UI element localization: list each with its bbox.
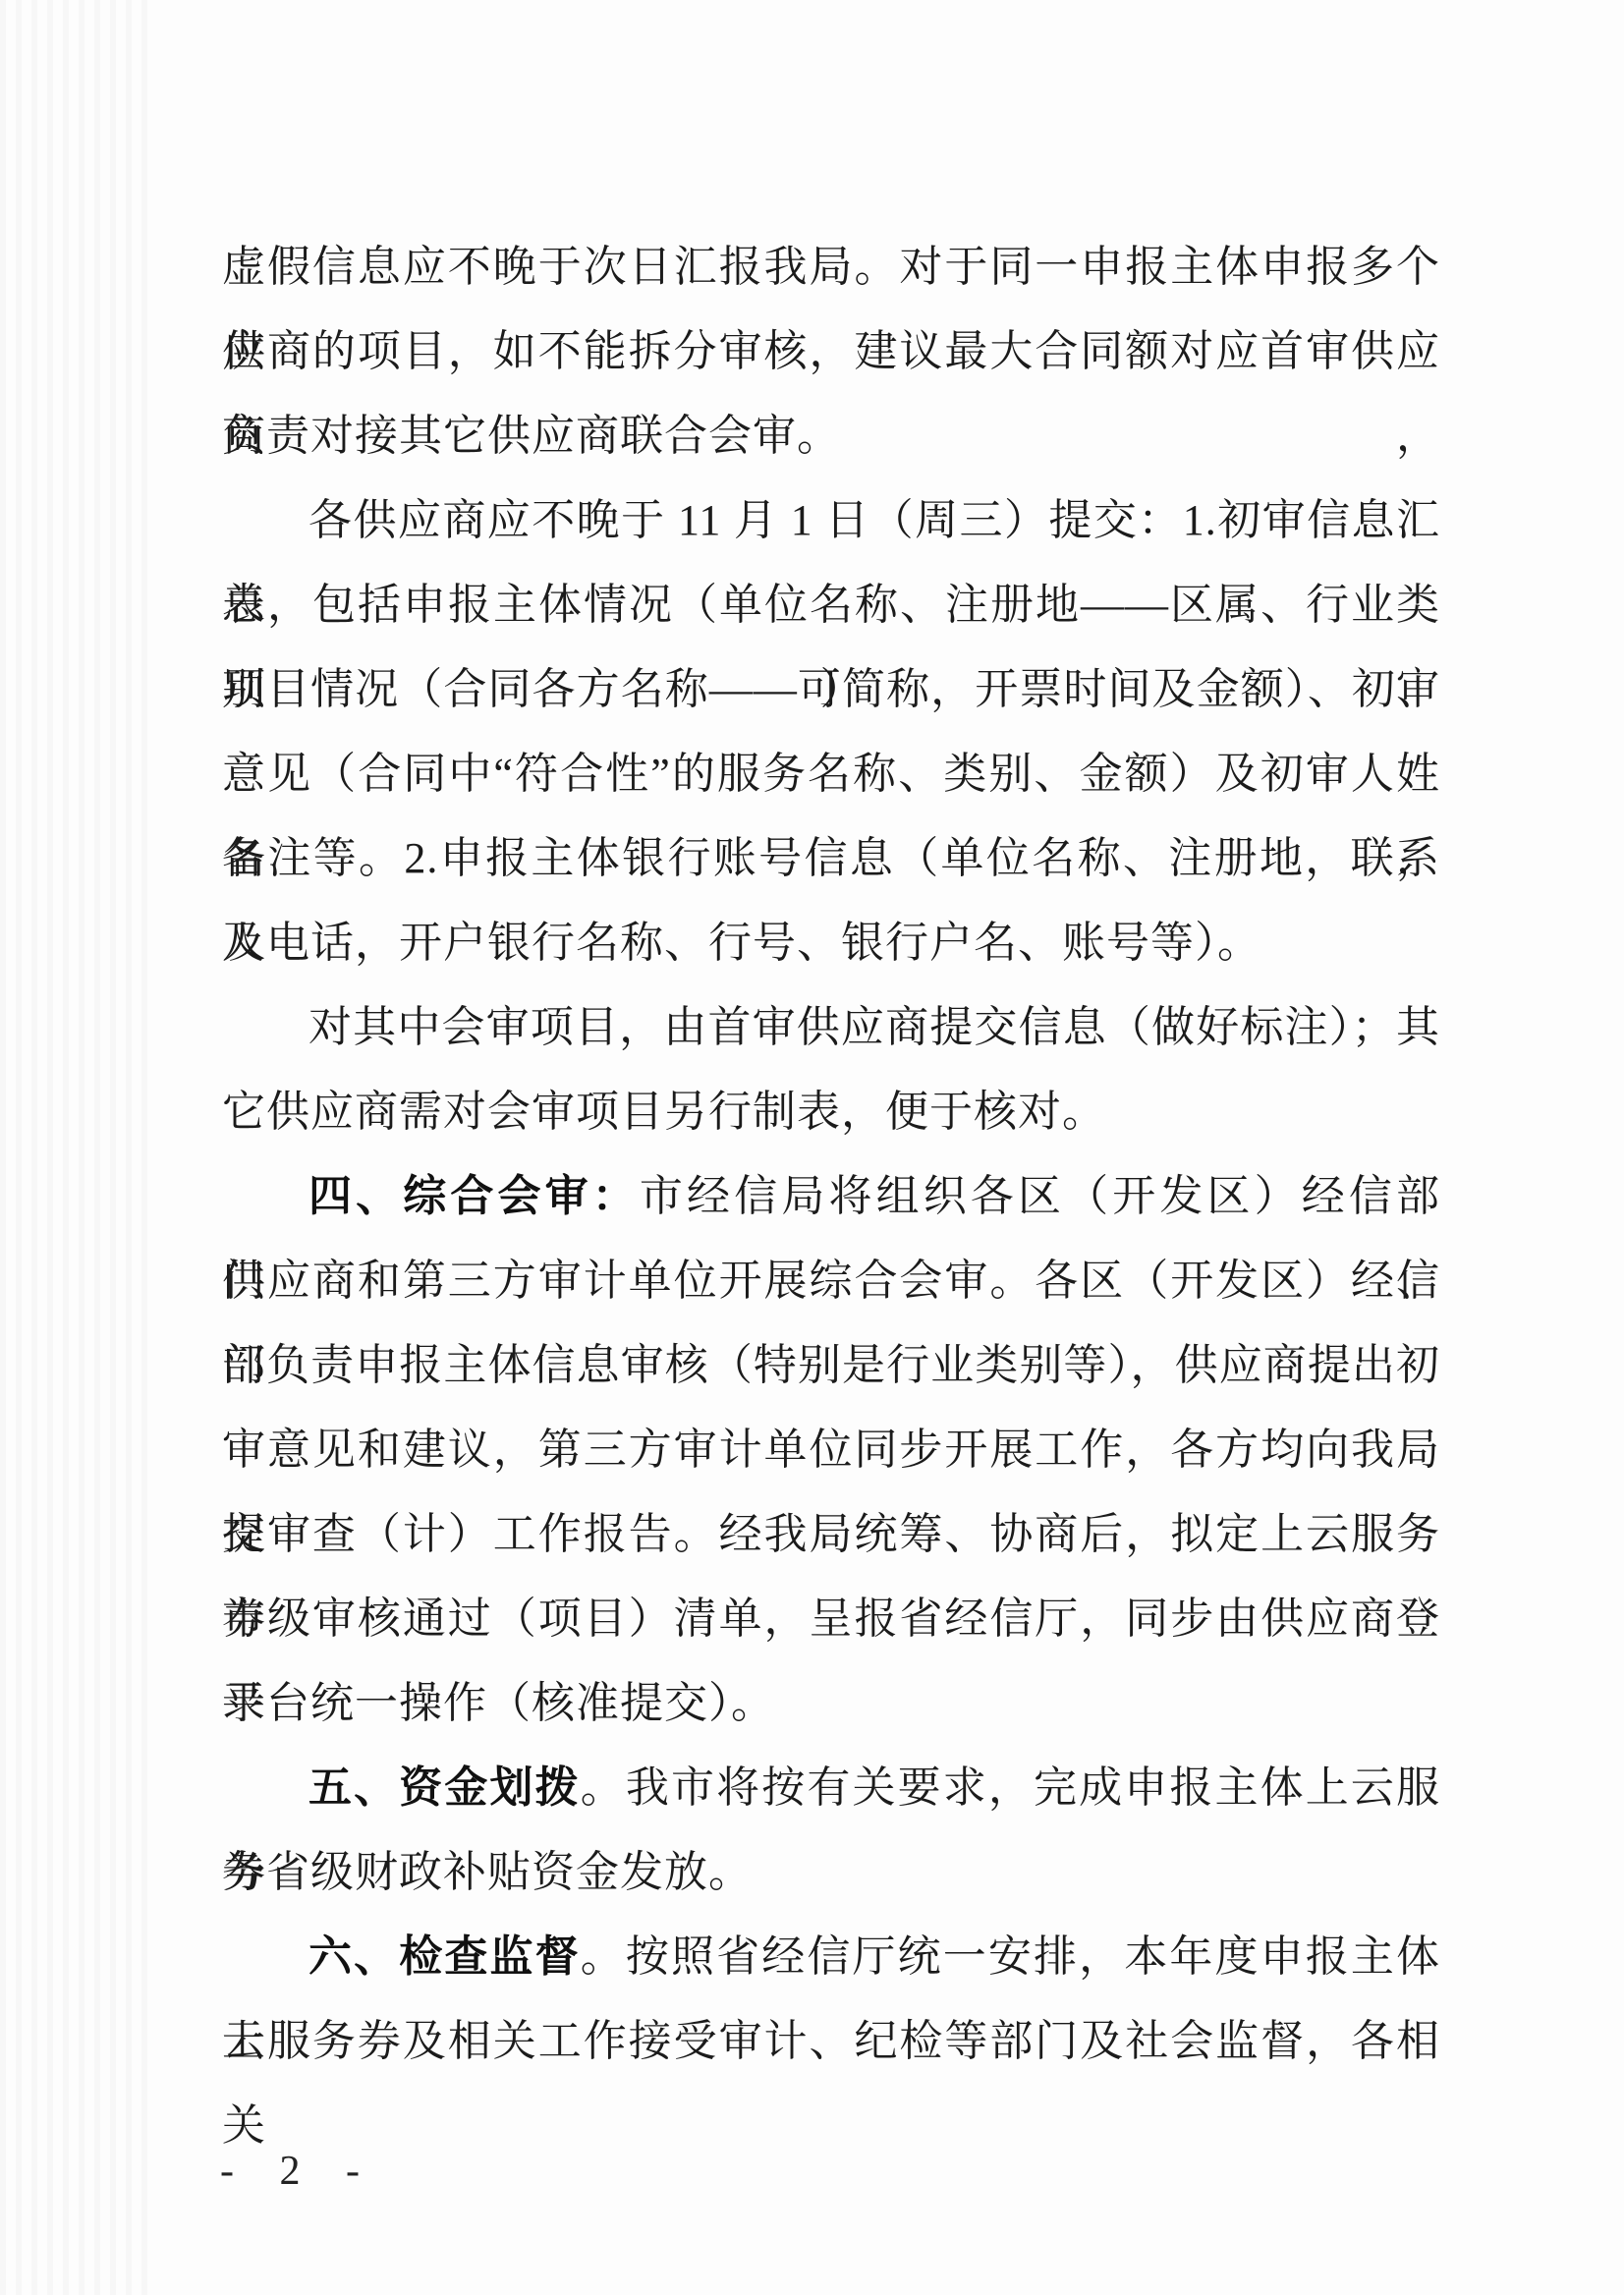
section-heading-5: 五、资金划拨: [308, 1763, 581, 1812]
text-line: 虚假信息应不晚于次日汇报我局。对于同一申报主体申报多个供: [222, 225, 1440, 309]
text-line: 平台统一操作（核准提交）。: [222, 1661, 1440, 1746]
text-line: 券省级财政补贴资金发放。: [222, 1830, 1440, 1915]
text-line: 各供应商应不晚于 11 月 1 日（周三）提交：1.初审信息汇总: [222, 478, 1440, 563]
text-line: 应商的项目，如不能拆分审核，建议最大合同额对应首审供应商，: [222, 309, 1440, 394]
text-line: 云服务券及相关工作接受审计、纪检等部门及社会监督，各相关: [222, 1999, 1440, 2084]
text-line: 市级审核通过（项目）清单，呈报省经信厅，同步由供应商登录: [222, 1577, 1440, 1661]
text-line: 备注等。2.申报主体银行账号信息（单位名称、注册地，联系人: [222, 816, 1440, 901]
document-body: 虚假信息应不晚于次日汇报我局。对于同一申报主体申报多个供 应商的项目，如不能拆分…: [222, 225, 1440, 2084]
text-line: 对其中会审项目，由首审供应商提交信息（做好标注）；其: [222, 985, 1440, 1070]
text-line: 供应商和第三方审计单位开展综合会审。各区（开发区）经信部: [222, 1239, 1440, 1323]
page-number: - 2 -: [220, 2148, 377, 2195]
text-line: 交审查（计）工作报告。经我局统筹、协商后，拟定上云服务券: [222, 1492, 1440, 1577]
text-line: 它供应商需对会审项目另行制表，便于核对。: [222, 1070, 1440, 1154]
text-line: 表，包括申报主体情况（单位名称、注册地——区属、行业类别）、: [222, 563, 1440, 647]
text-line: 项目情况（合同各方名称——可简称，开票时间及金额）、初审: [222, 647, 1440, 732]
text-line: 及电话，开户银行名称、行号、银行户名、账号等）。: [222, 901, 1440, 985]
section-heading-6: 六、检查监督: [308, 1932, 581, 1981]
scanned-document-page: 虚假信息应不晚于次日汇报我局。对于同一申报主体申报多个供 应商的项目，如不能拆分…: [0, 0, 1624, 2295]
section-heading-4: 四、综合会审：: [308, 1172, 640, 1220]
text-line: 四、综合会审：市经信局将组织各区（开发区）经信部门、: [222, 1154, 1440, 1239]
scan-artifact-left-edge: [0, 0, 147, 2295]
text-line: 六、检查监督。按照省经信厅统一安排，本年度申报主体上: [222, 1915, 1440, 1999]
text-line: 意见（合同中“符合性”的服务名称、类别、金额）及初审人姓名，: [222, 732, 1440, 816]
text-line: 门负责申报主体信息审核（特别是行业类别等），供应商提出初: [222, 1323, 1440, 1408]
text-line: 五、资金划拨。我市将按有关要求，完成申报主体上云服务: [222, 1746, 1440, 1830]
text-line: 审意见和建议，第三方审计单位同步开展工作，各方均向我局提: [222, 1408, 1440, 1492]
